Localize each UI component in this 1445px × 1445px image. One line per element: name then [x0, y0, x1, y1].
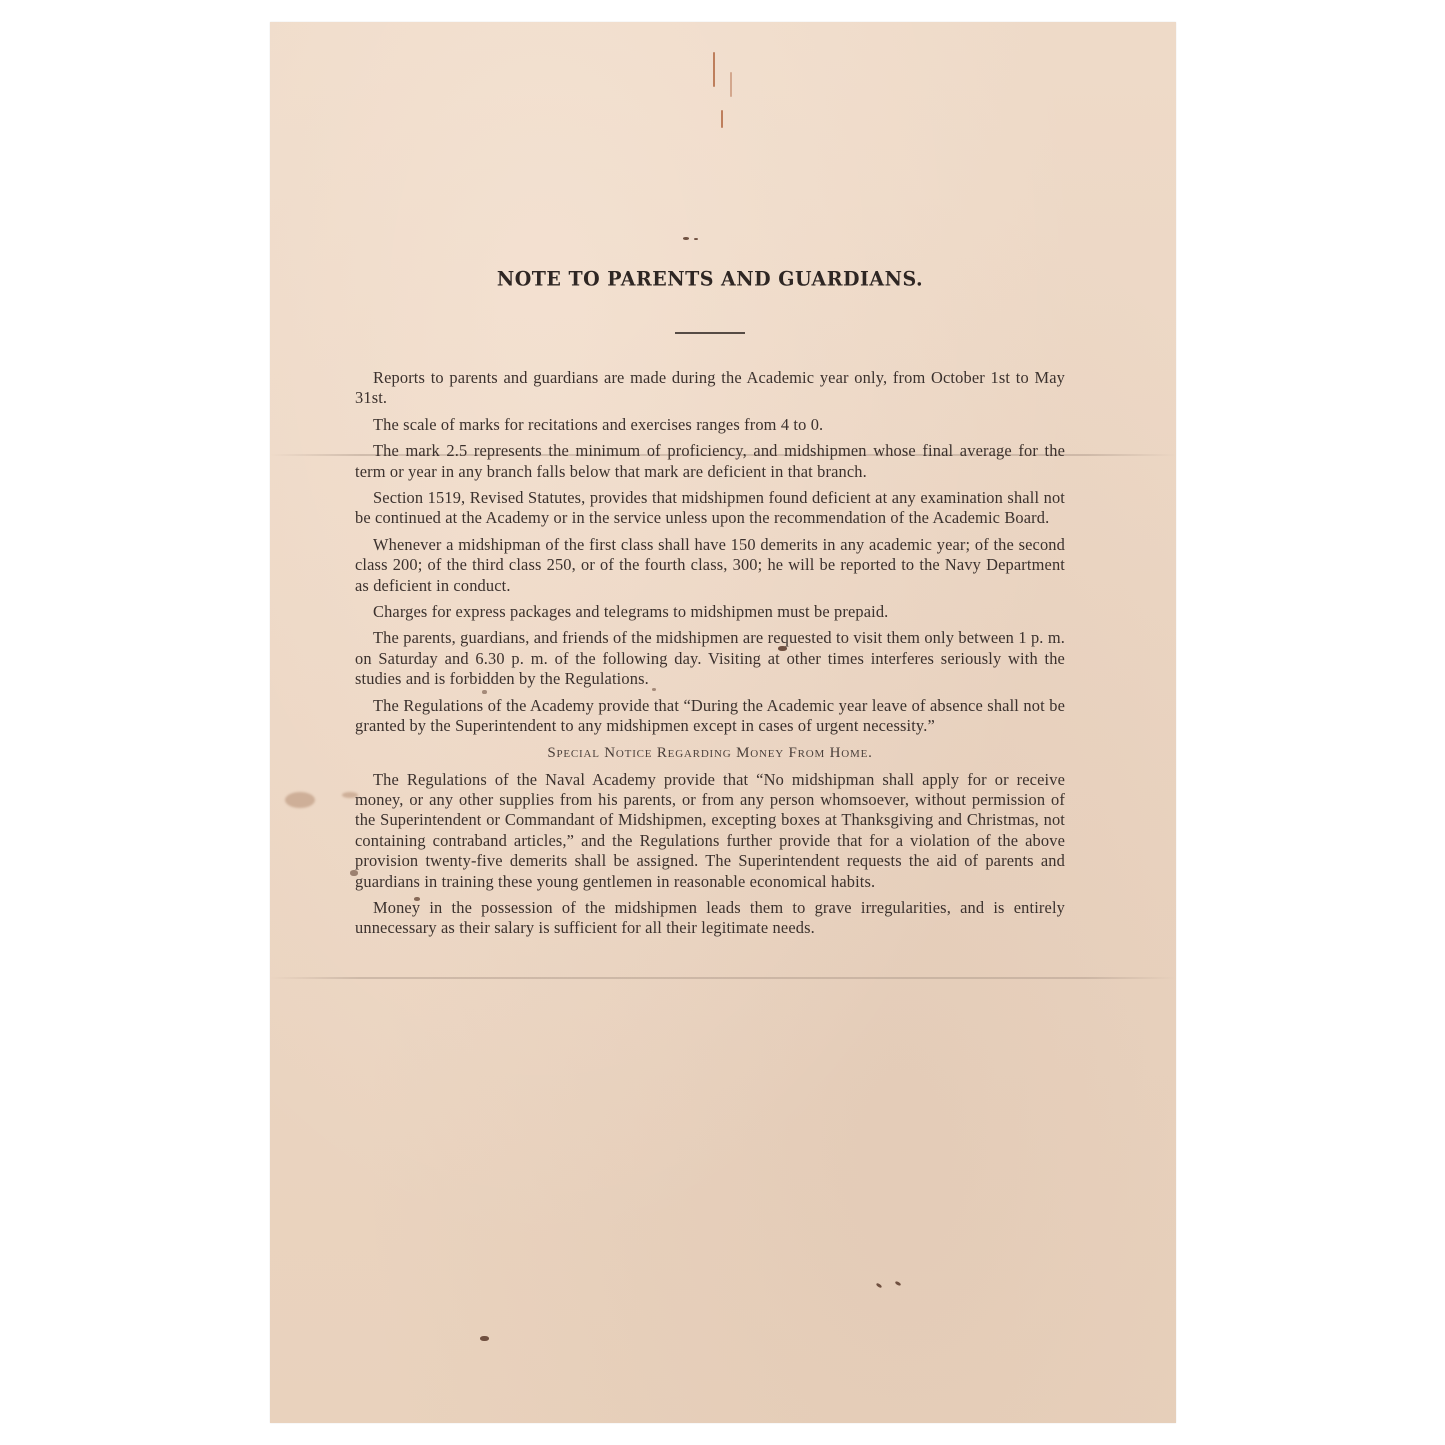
fold-crease — [270, 977, 1176, 979]
paragraph-leave: The Regulations of the Academy provide t… — [355, 696, 1065, 737]
document-title: NOTE TO PARENTS AND GUARDIANS. — [355, 267, 1065, 290]
rust-mark — [730, 72, 732, 97]
paragraph-demerits: Whenever a midshipman of the first class… — [355, 535, 1065, 596]
paragraph-money-possession: Money in the possession of the midshipme… — [355, 898, 1065, 939]
title-divider — [675, 332, 745, 334]
special-notice-heading: Special Notice Regarding Money From Home… — [355, 745, 1065, 762]
paragraph-money-regulations: The Regulations of the Naval Academy pro… — [355, 770, 1065, 892]
paragraph-section-1519: Section 1519, Revised Statutes, provides… — [355, 488, 1065, 529]
paragraph-proficiency: The mark 2.5 represents the minimum of p… — [355, 441, 1065, 482]
speck — [480, 1336, 489, 1341]
document-body: Reports to parents and guardians are mad… — [355, 368, 1065, 939]
paragraph-marks-scale: The scale of marks for recitations and e… — [355, 415, 1065, 435]
speck — [683, 237, 689, 240]
paragraph-visiting: The parents, guardians, and friends of t… — [355, 628, 1065, 689]
rust-mark — [721, 110, 723, 128]
stain — [285, 792, 315, 808]
speck — [876, 1283, 883, 1289]
speck — [694, 238, 698, 240]
rust-mark — [713, 52, 715, 87]
speck — [895, 1281, 902, 1287]
document: NOTE TO PARENTS AND GUARDIANS. Reports t… — [355, 268, 1065, 945]
paragraph-reports: Reports to parents and guardians are mad… — [355, 368, 1065, 409]
paragraph-charges: Charges for express packages and telegra… — [355, 602, 1065, 622]
